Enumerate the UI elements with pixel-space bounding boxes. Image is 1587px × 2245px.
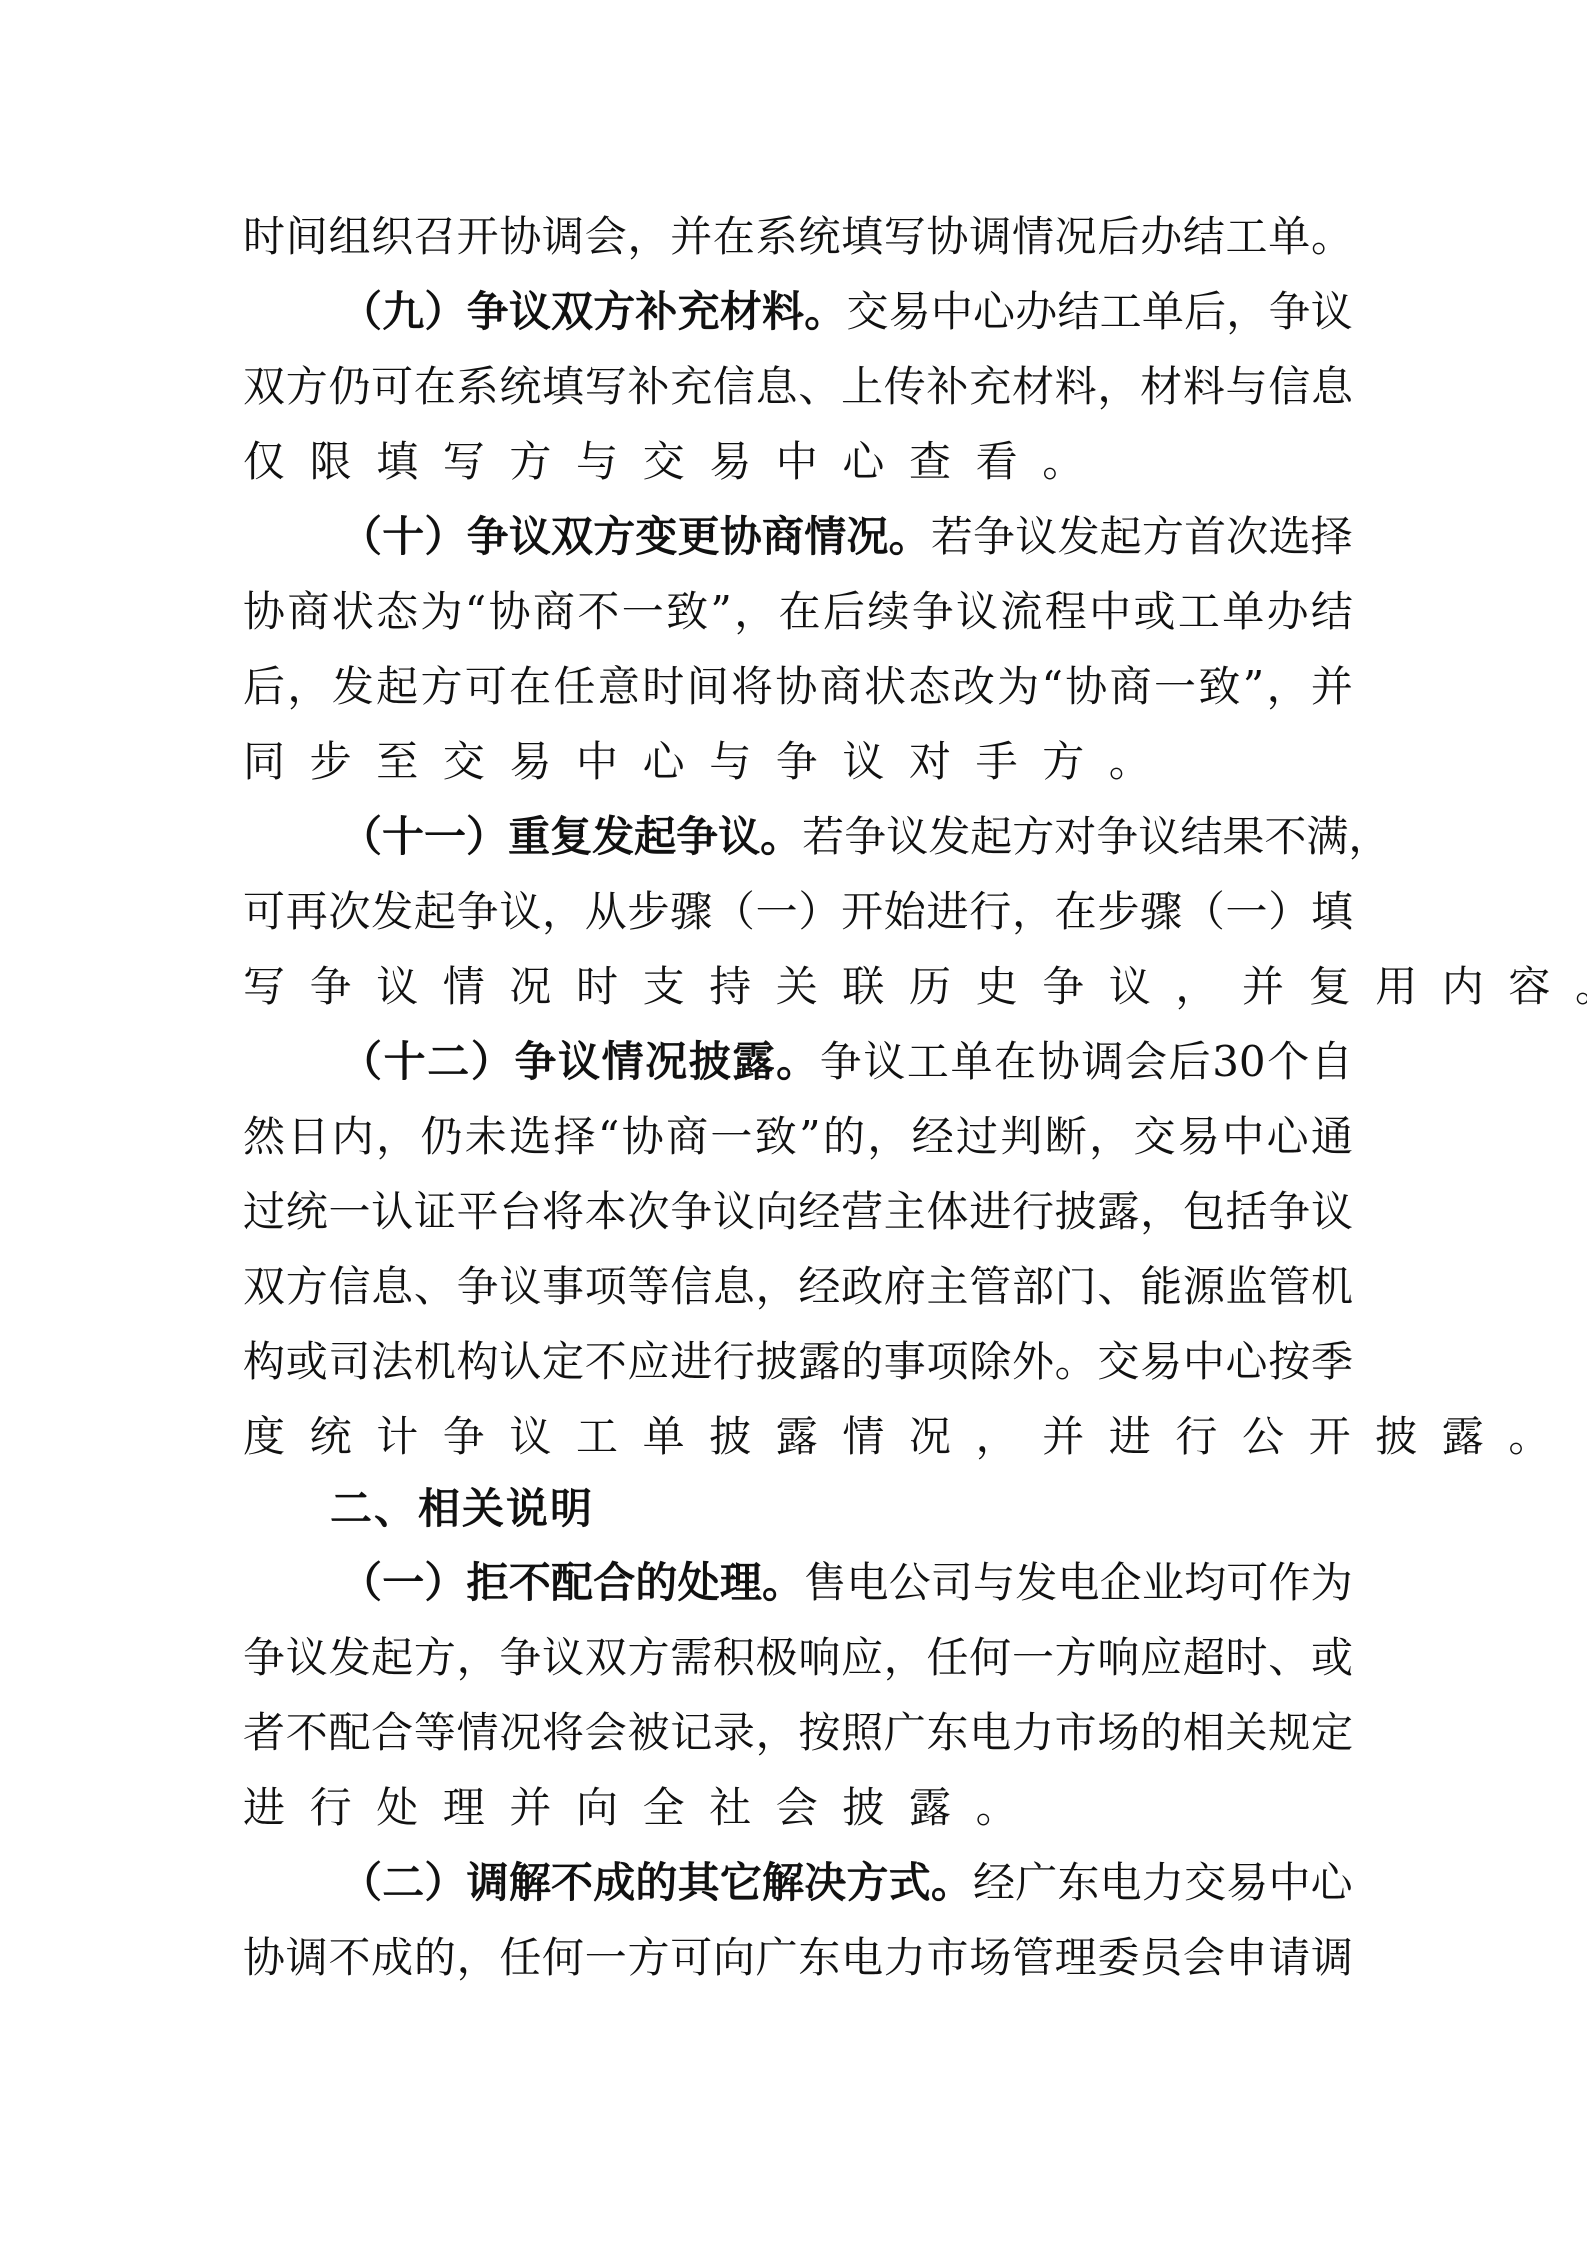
item-12-title: （​十​二​）​争​议​情​况​披​露​。​: [340, 1037, 820, 1086]
item-1-title: （​一​）​拒​不​配​合​的​处​理​。​: [340, 1558, 804, 1607]
item-11-line: 可​再​次​发​起​争​议​，​从​步​骤​（​一​）​开​始​进​行​，​在​…: [243, 882, 1353, 942]
item-9-line: 仅限填写方与交易中心查看。: [243, 432, 1353, 492]
item-1-first-line: （​一​）​拒​不​配​合​的​处​理​。​售​电​公​司​与​发​电​企​业​…: [340, 1553, 1353, 1613]
item-12-line: 然​日​内​，​仍​未​选​择​“​协​商​一​致​”​的​，​经​过​判​断​…: [243, 1107, 1353, 1167]
item-10-line: 协​商​状​态​为​“​协​商​不​一​致​”​，​在​后​续​争​议​流​程​…: [243, 582, 1353, 642]
item-12-line: 双​方​信​息​、​争​议​事​项​等​信​息​，​经​政​府​主​管​部​门​…: [243, 1257, 1353, 1317]
section-heading: 二、相关说明: [330, 1479, 594, 1539]
item-11-title: （​十​一​）​重​复​发​起​争​议​。​: [340, 812, 802, 861]
item-12-line: 构​或​司​法​机​构​认​定​不​应​进​行​披​露​的​事​项​除​外​。​…: [243, 1332, 1353, 1392]
item-10-line: 后​，​发​起​方​可​在​任​意​时​间​将​协​商​状​态​改​为​“​协​…: [243, 657, 1353, 717]
paragraph-continuation-line: 时​间​组​织​召​开​协​调​会​，​并​在​系​统​填​写​协​调​情​况​…: [243, 207, 1353, 267]
item-2-title: （​二​）​调​解​不​成​的​其​它​解​决​方​式​。​: [340, 1858, 973, 1907]
item-1-line: 进行处理并向全社会披露。: [243, 1778, 1353, 1838]
item-2-text: 经​广​东​电​力​交​易​中​心​: [973, 1858, 1353, 1907]
item-10-first-line: （​十​）​争​议​双​方​变​更​协​商​情​况​。​若​争​议​发​起​方​…: [340, 507, 1353, 567]
document-page: 时​间​组​织​召​开​协​调​会​，​并​在​系​统​填​写​协​调​情​况​…: [0, 0, 1587, 2245]
item-9-text: 交​易​中​心​办​结​工​单​后​，​争​议​: [846, 287, 1352, 336]
item-1-line: 者​不​配​合​等​情​况​将​会​被​记​录​，​按​照​广​东​电​力​市​…: [243, 1703, 1353, 1763]
item-9-title: （​九​）​争​议​双​方​补​充​材​料​。​: [340, 287, 846, 336]
item-1-line: 争​议​发​起​方​，​争​议​双​方​需​积​极​响​应​，​任​何​一​方​…: [243, 1628, 1353, 1688]
item-12-line: 过​统​一​认​证​平​台​将​本​次​争​议​向​经​营​主​体​进​行​披​…: [243, 1182, 1353, 1242]
item-2-line: 协​调​不​成​的​，​任​何​一​方​可​向​广​东​电​力​市​场​管​理​…: [243, 1928, 1353, 1988]
item-9-first-line: （​九​）​争​议​双​方​补​充​材​料​。​交​易​中​心​办​结​工​单​…: [340, 282, 1353, 342]
item-11-text: 若​争​议​发​起​方​对​争​议​结​果​不​满​，​: [802, 812, 1390, 861]
item-12-text: 争​议​工​单​在​协​调​会​后​3​0​个​自​: [820, 1037, 1353, 1086]
item-10-title: （​十​）​争​议​双​方​变​更​协​商​情​况​。​: [340, 512, 931, 561]
item-11-line: 写争议情况时支持关联历史争议，并复用内容。: [243, 957, 1353, 1017]
item-10-text: 若​争​议​发​起​方​首​次​选​择​: [931, 512, 1353, 561]
item-11-first-line: （​十​一​）​重​复​发​起​争​议​。​若​争​议​发​起​方​对​争​议​…: [340, 807, 1353, 867]
item-2-first-line: （​二​）​调​解​不​成​的​其​它​解​决​方​式​。​经​广​东​电​力​…: [340, 1853, 1353, 1913]
item-1-text: 售​电​公​司​与​发​电​企​业​均​可​作​为​: [804, 1558, 1352, 1607]
item-10-line: 同步至交易中心与争议对手方。: [243, 732, 1353, 792]
item-12-first-line: （​十​二​）​争​议​情​况​披​露​。​争​议​工​单​在​协​调​会​后​…: [340, 1032, 1353, 1092]
item-9-line: 双​方​仍​可​在​系​统​填​写​补​充​信​息​、​上​传​补​充​材​料​…: [243, 357, 1353, 417]
item-12-line: 度统计争议工单披露情况，并进行公开披露。: [243, 1407, 1353, 1467]
